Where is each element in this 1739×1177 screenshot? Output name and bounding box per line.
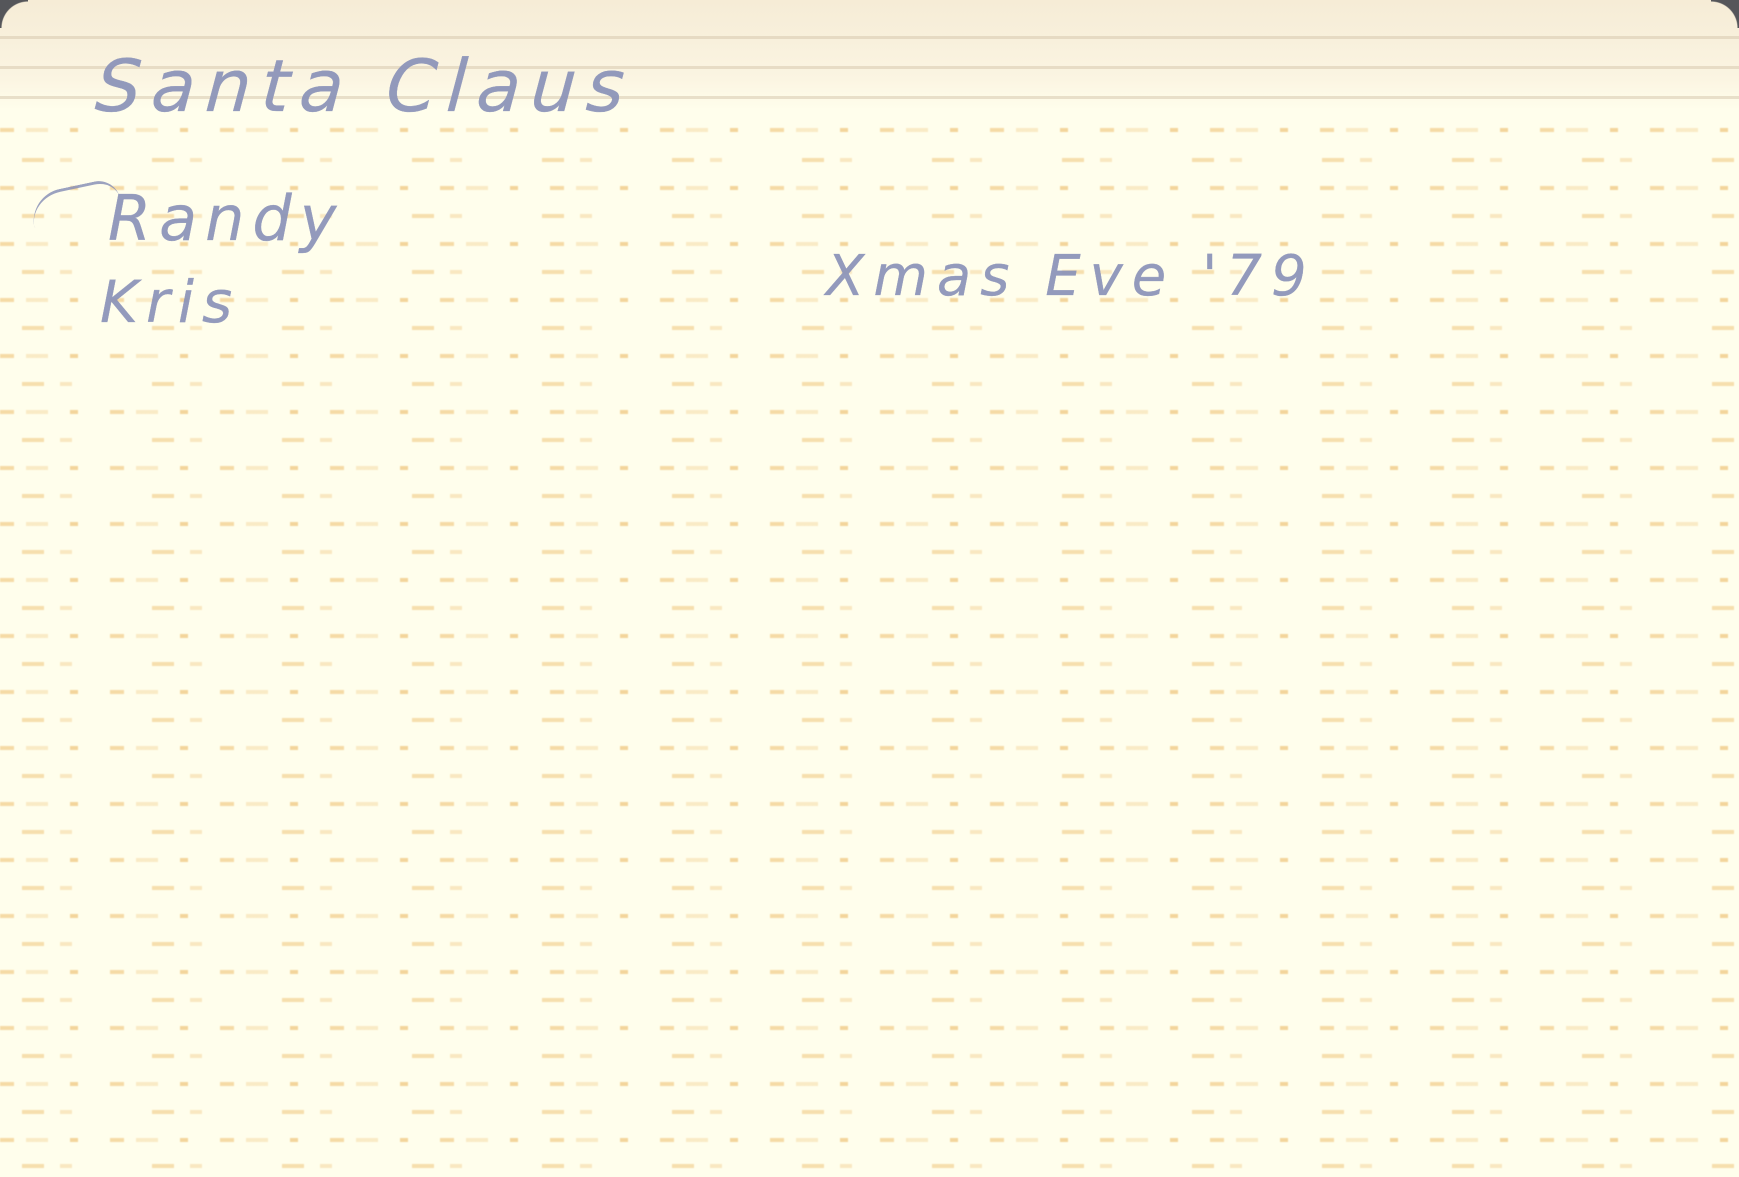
handwritten-title: Santa Claus bbox=[93, 44, 637, 128]
paper-fiber-texture bbox=[0, 0, 1739, 1177]
handwritten-name-randy: Randy bbox=[108, 182, 344, 255]
handwritten-date-note: Xmas Eve '79 bbox=[826, 244, 1316, 309]
photo-back-card: Santa Claus Randy Kris Xmas Eve '79 bbox=[0, 0, 1739, 1177]
handwritten-name-kris: Kris bbox=[100, 268, 240, 336]
